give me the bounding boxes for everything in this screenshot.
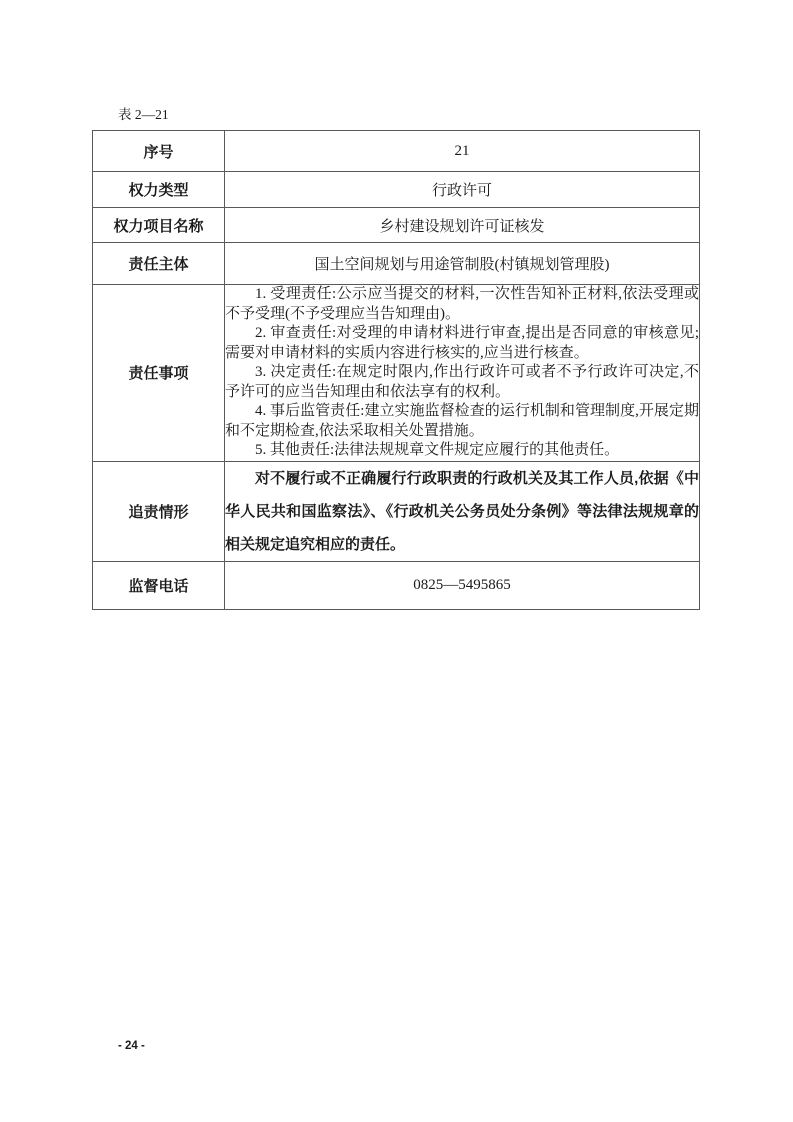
row-value: 对不履行或不正确履行行政职责的行政机关及其工作人员,依据《中华人民共和国监察法》… (225, 461, 700, 561)
duty-item-decision: 3. 决定责任:在规定时限内,作出行政许可或者不予行政许可决定,不予许可的应当告… (225, 363, 699, 402)
table-row-power-type: 权力类型 行政许可 (93, 172, 700, 208)
duty-item-other: 5. 其他责任:法律法规规章文件规定应履行的其他责任。 (225, 441, 699, 461)
table-row-supervision-phone: 监督电话 0825—5495865 (93, 561, 700, 609)
row-label: 权力项目名称 (93, 208, 225, 243)
power-item-table: 序号 21 权力类型 行政许可 权力项目名称 乡村建设规划许可证核发 责任主体 … (92, 130, 700, 610)
row-value: 0825—5495865 (225, 561, 700, 609)
row-label: 责任主体 (93, 243, 225, 285)
table-row-accountability: 追责情形 对不履行或不正确履行行政职责的行政机关及其工作人员,依据《中华人民共和… (93, 461, 700, 561)
row-label: 追责情形 (93, 461, 225, 561)
duty-item-review: 2. 审查责任:对受理的申请材料进行审查,提出是否同意的审核意见;需要对申请材料… (225, 324, 699, 363)
duty-item-acceptance: 1. 受理责任:公示应当提交的材料,一次性告知补正材料,依法受理或不予受理(不予… (225, 285, 699, 324)
row-label: 责任事项 (93, 285, 225, 462)
row-value: 行政许可 (225, 172, 700, 208)
row-value: 国土空间规划与用途管制股(村镇规划管理股) (225, 243, 700, 285)
row-label: 监督电话 (93, 561, 225, 609)
table-row-serial-number: 序号 21 (93, 131, 700, 172)
document-page: 表 2—21 序号 21 权力类型 行政许可 权力项目名称 乡村建设规划许可证核… (0, 0, 793, 1122)
table-row-responsibility-items: 责任事项 1. 受理责任:公示应当提交的材料,一次性告知补正材料,依法受理或不予… (93, 285, 700, 462)
row-value: 21 (225, 131, 700, 172)
row-value: 1. 受理责任:公示应当提交的材料,一次性告知补正材料,依法受理或不予受理(不予… (225, 285, 700, 462)
table-caption: 表 2—21 (118, 103, 169, 123)
page-number: - 24 - (118, 1040, 145, 1052)
duty-item-supervision: 4. 事后监管责任:建立实施监督检查的运行机制和管理制度,开展定期和不定期检查,… (225, 402, 699, 441)
table-row-responsible-entity: 责任主体 国土空间规划与用途管制股(村镇规划管理股) (93, 243, 700, 285)
row-value: 乡村建设规划许可证核发 (225, 208, 700, 243)
row-label: 权力类型 (93, 172, 225, 208)
row-label: 序号 (93, 131, 225, 172)
table-row-power-item-name: 权力项目名称 乡村建设规划许可证核发 (93, 208, 700, 243)
